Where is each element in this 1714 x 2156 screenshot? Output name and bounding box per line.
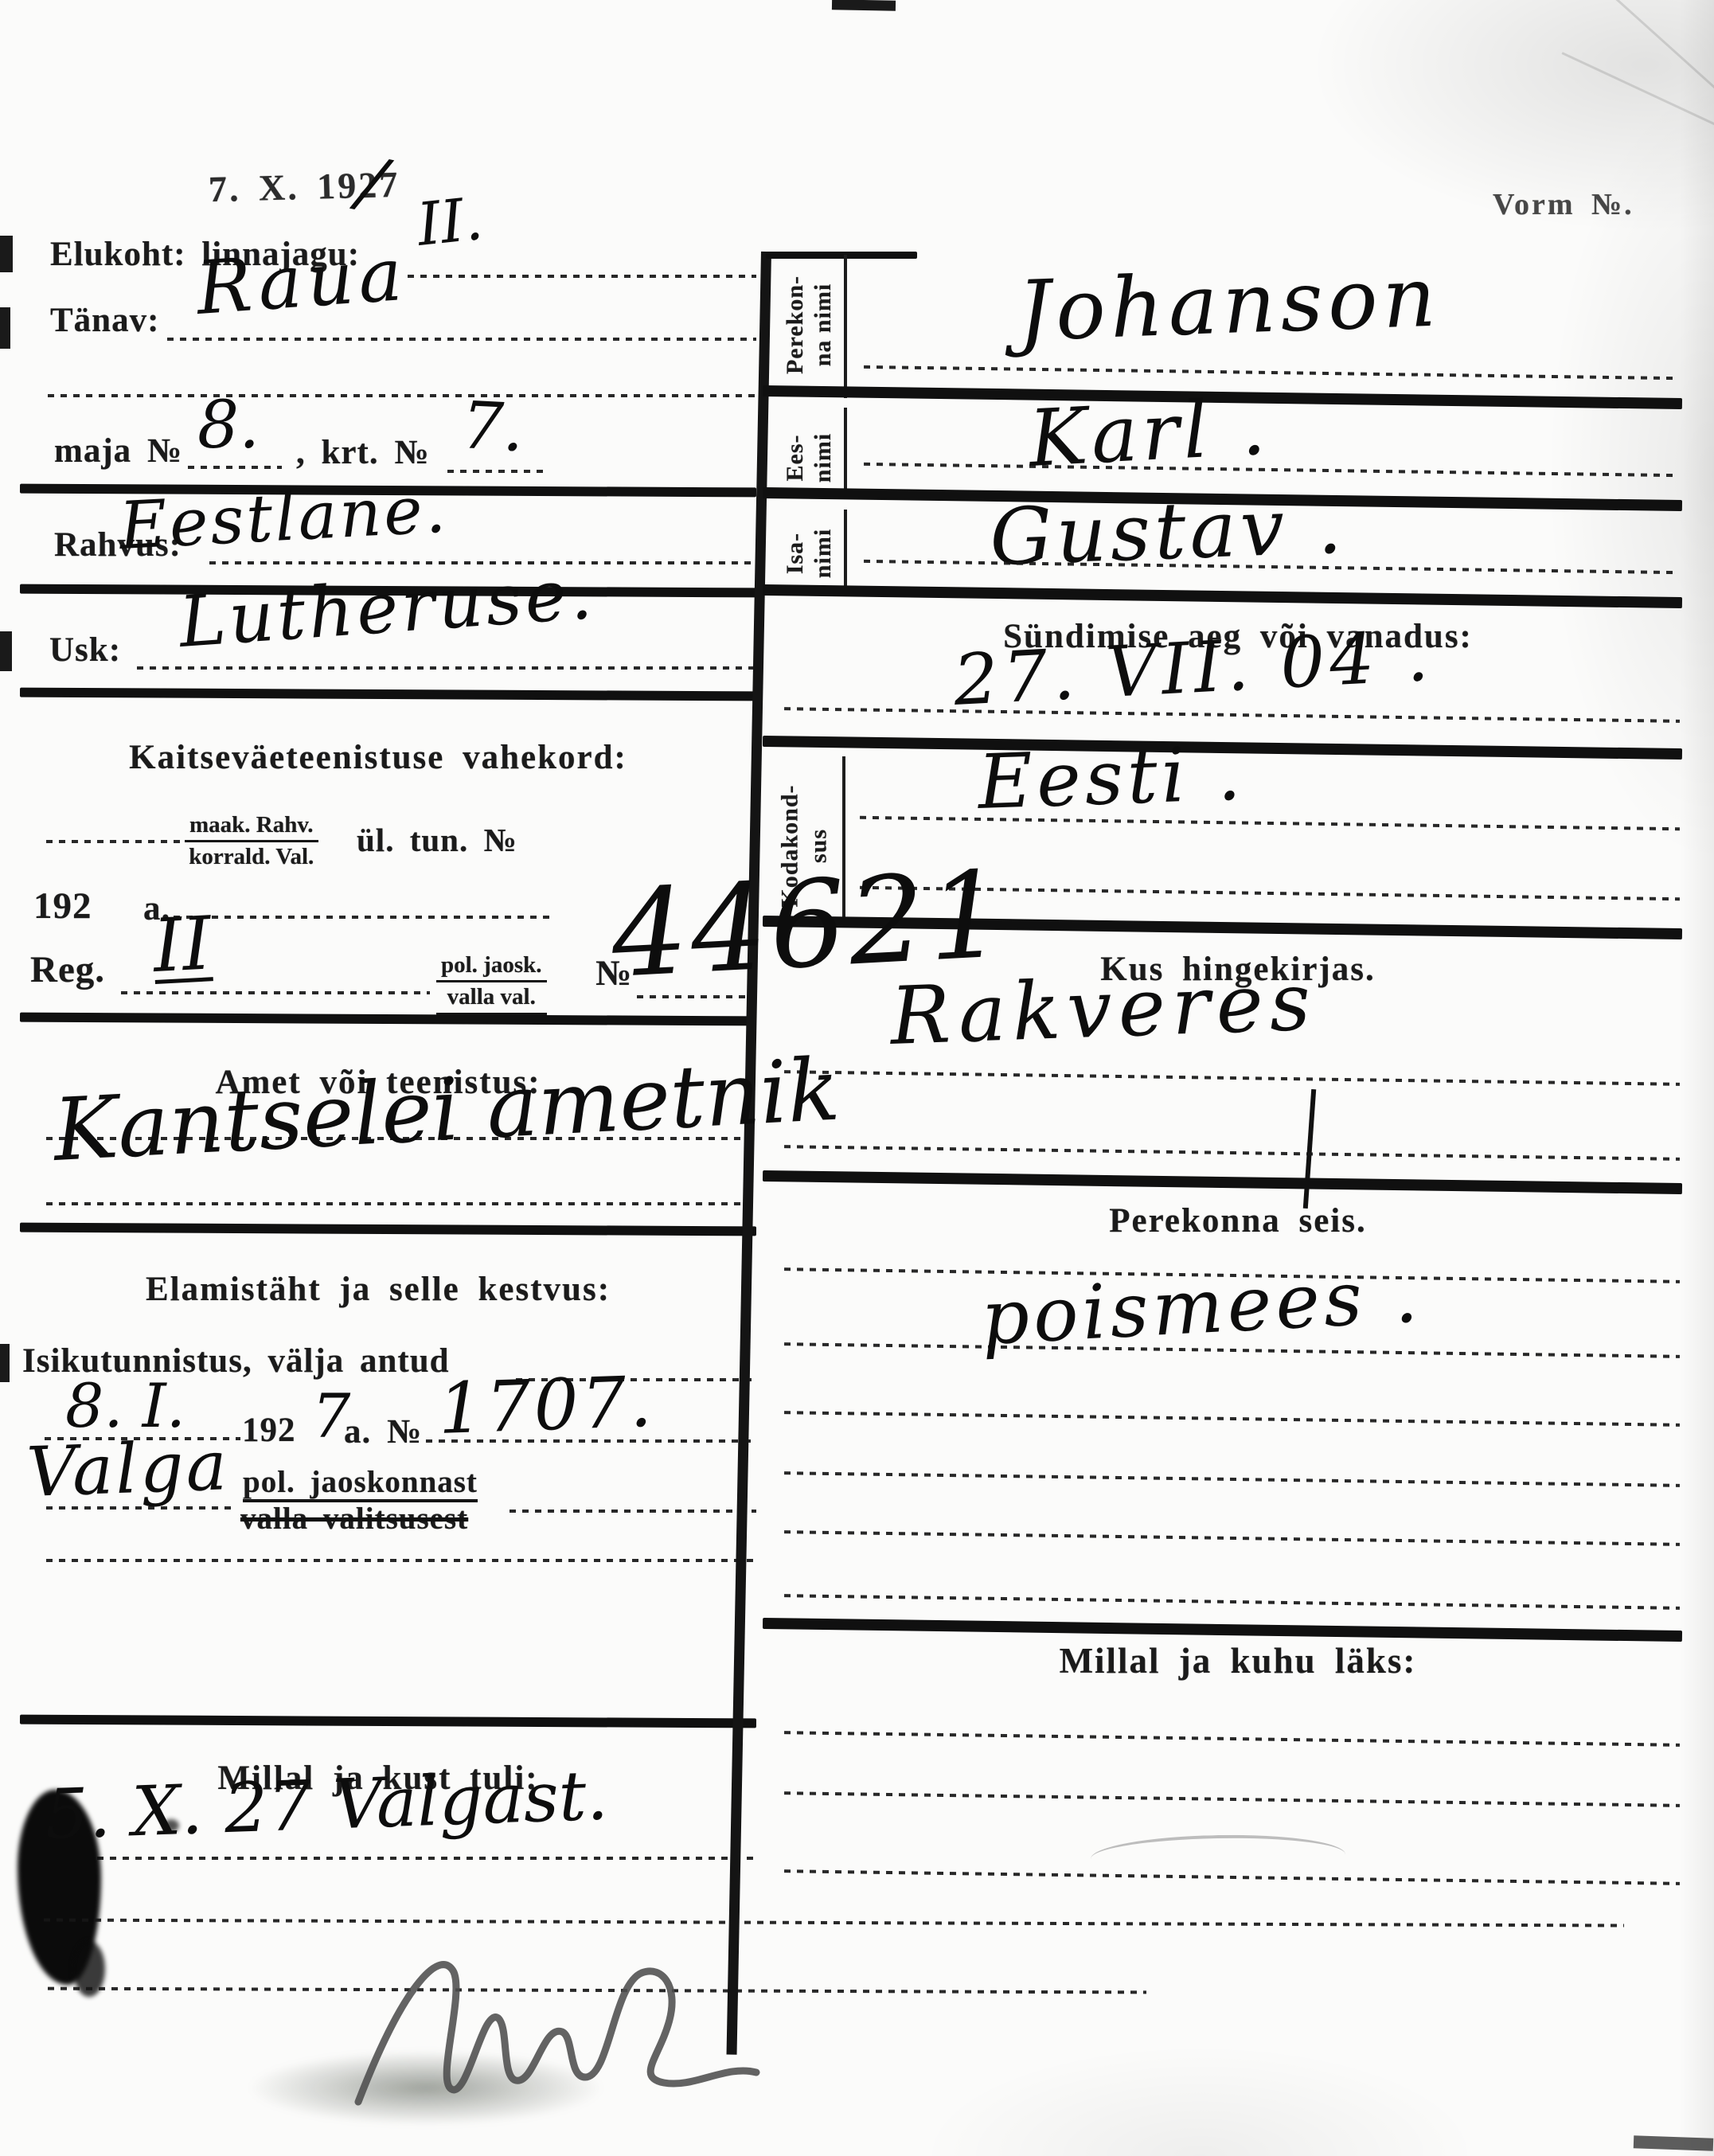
isik-place-handwritten: Valga bbox=[25, 1435, 230, 1504]
valla-valitsusest-label: valla valitsusest bbox=[240, 1503, 468, 1534]
form-number-label: Vorm №. bbox=[1493, 189, 1634, 220]
kodakondsus-handwritten: Eesti . bbox=[977, 740, 1246, 817]
isik-day-handwritten: 8. I. bbox=[65, 1379, 185, 1433]
perekonnanimi-vertical-label: Perekon- na nimi bbox=[777, 257, 841, 393]
dotted-line bbox=[426, 1439, 756, 1443]
dotted-line bbox=[447, 470, 547, 473]
pol-jaosk-label: pol. jaosk. bbox=[436, 952, 547, 982]
dotted-line bbox=[784, 1594, 1680, 1610]
eesnimi-handwritten: Karl . bbox=[1027, 392, 1271, 475]
dotted-line bbox=[408, 275, 756, 278]
rule-line bbox=[20, 688, 756, 701]
rule-line bbox=[20, 1715, 756, 1728]
korrald-val-label: korrald. Val. bbox=[185, 842, 318, 870]
dotted-line bbox=[188, 466, 282, 469]
rule-line bbox=[763, 1618, 1682, 1642]
dotted-line bbox=[167, 338, 756, 341]
usk-handwritten: Lutheruse. bbox=[177, 562, 596, 654]
pol-jaoskonnast-label: pol. jaoskonnast bbox=[243, 1467, 478, 1502]
perekonnaseis-handwritten: poismees . bbox=[980, 1263, 1423, 1353]
reg-no-handwritten: 44621 bbox=[609, 861, 1010, 990]
scan-edge-mark bbox=[1634, 2135, 1713, 2150]
dotted-line bbox=[46, 1559, 756, 1562]
valla-val-label: valla val. bbox=[436, 982, 547, 1015]
scan-edge-mark bbox=[0, 631, 12, 671]
sundimise-handwritten: 27. VII. 04 . bbox=[952, 624, 1435, 713]
dotted-line bbox=[137, 666, 756, 670]
maak-rahv-label: maak. Rahv. bbox=[185, 812, 318, 842]
maja-handwritten: 8. bbox=[197, 396, 260, 455]
isik-no-handwritten: 1707. bbox=[437, 1370, 656, 1441]
dotted-line bbox=[510, 1510, 756, 1513]
dotted-line bbox=[784, 1145, 1680, 1161]
label-line: nimi bbox=[809, 529, 837, 578]
scan-edge-mark bbox=[0, 236, 13, 272]
paper-crease bbox=[1612, 0, 1714, 104]
label-line: Ees- bbox=[781, 435, 809, 482]
dotted-line bbox=[46, 1857, 756, 1860]
linnajagu-handwritten: II. bbox=[415, 193, 486, 252]
dotted-line bbox=[784, 1471, 1680, 1487]
maja-label: maja № bbox=[54, 434, 182, 468]
isik-a-label: a. № bbox=[344, 1415, 422, 1449]
elamistaht-header: Elamistäht ja selle kestvus: bbox=[0, 1272, 756, 1306]
dotted-line bbox=[174, 916, 549, 919]
reg-label: Reg. bbox=[30, 951, 105, 989]
dotted-line bbox=[46, 1202, 756, 1205]
isik-year-prefix-label: 192 bbox=[242, 1413, 296, 1447]
dotted-line bbox=[121, 991, 430, 994]
isanimi-handwritten: Gustav . bbox=[989, 490, 1347, 573]
label-line: Perekon- bbox=[781, 275, 809, 374]
label-line: na nimi bbox=[809, 283, 837, 367]
year-prefix-label: 192 bbox=[33, 888, 92, 925]
registration-card-scan: Vorm №. 7. X. 1927 / Elukoht: linnajagu:… bbox=[0, 0, 1714, 2156]
scan-edge-mark bbox=[0, 307, 10, 349]
pol-valla-fraction: pol. jaosk. valla val. bbox=[436, 952, 547, 1016]
signature bbox=[334, 1931, 780, 2130]
perekonnanimi-handwritten: Johanson bbox=[1017, 260, 1442, 350]
maak-korrald-fraction: maak. Rahv. korrald. Val. bbox=[185, 812, 318, 871]
usk-label: Usk: bbox=[49, 633, 121, 667]
reg-handwritten: II bbox=[151, 911, 213, 983]
pen-stroke bbox=[1303, 1089, 1316, 1209]
label-line: nimi bbox=[809, 433, 837, 482]
dotted-line bbox=[46, 840, 180, 843]
dotted-line bbox=[864, 365, 1676, 380]
dotted-line bbox=[784, 707, 1680, 723]
scan-edge-mark bbox=[832, 0, 896, 11]
kaitsevae-header: Kaitseväeteenistuse vahekord: bbox=[0, 740, 756, 775]
perekonnaseis-header: Perekonna seis. bbox=[796, 1204, 1680, 1238]
pencil-mark bbox=[1091, 1833, 1346, 1881]
label-cell-divider bbox=[844, 255, 847, 398]
millal-tuli-handwritten: 5. X. 27 Valgast. bbox=[44, 1765, 609, 1846]
dotted-line bbox=[784, 1791, 1680, 1807]
scan-edge-mark bbox=[0, 1344, 10, 1382]
rule-line bbox=[20, 1013, 756, 1026]
dotted-line bbox=[48, 394, 756, 397]
label-cell-divider bbox=[844, 408, 847, 497]
krt-label: , krt. № bbox=[296, 435, 430, 470]
millal-laks-header: Millal ja kuhu läks: bbox=[796, 1643, 1680, 1679]
ul-tun-label: ül. tun. № bbox=[357, 824, 517, 857]
label-cell-divider bbox=[844, 510, 847, 593]
tanav-handwritten: Raua bbox=[194, 242, 408, 322]
rahvus-handwritten: Eestlane. bbox=[118, 480, 449, 556]
label-line: Isa- bbox=[781, 533, 809, 574]
dotted-line bbox=[784, 1731, 1680, 1747]
rule-line bbox=[763, 584, 1682, 608]
tanav-label: Tänav: bbox=[50, 303, 159, 338]
dotted-line bbox=[44, 1919, 1624, 1928]
dotted-line bbox=[784, 1411, 1680, 1427]
rule-line bbox=[763, 1170, 1682, 1194]
dotted-line bbox=[784, 1530, 1680, 1546]
dotted-line bbox=[784, 1070, 1680, 1086]
rule-line bbox=[20, 1223, 756, 1236]
dotted-line bbox=[46, 1506, 233, 1510]
krt-handwritten: 7. bbox=[460, 396, 525, 459]
